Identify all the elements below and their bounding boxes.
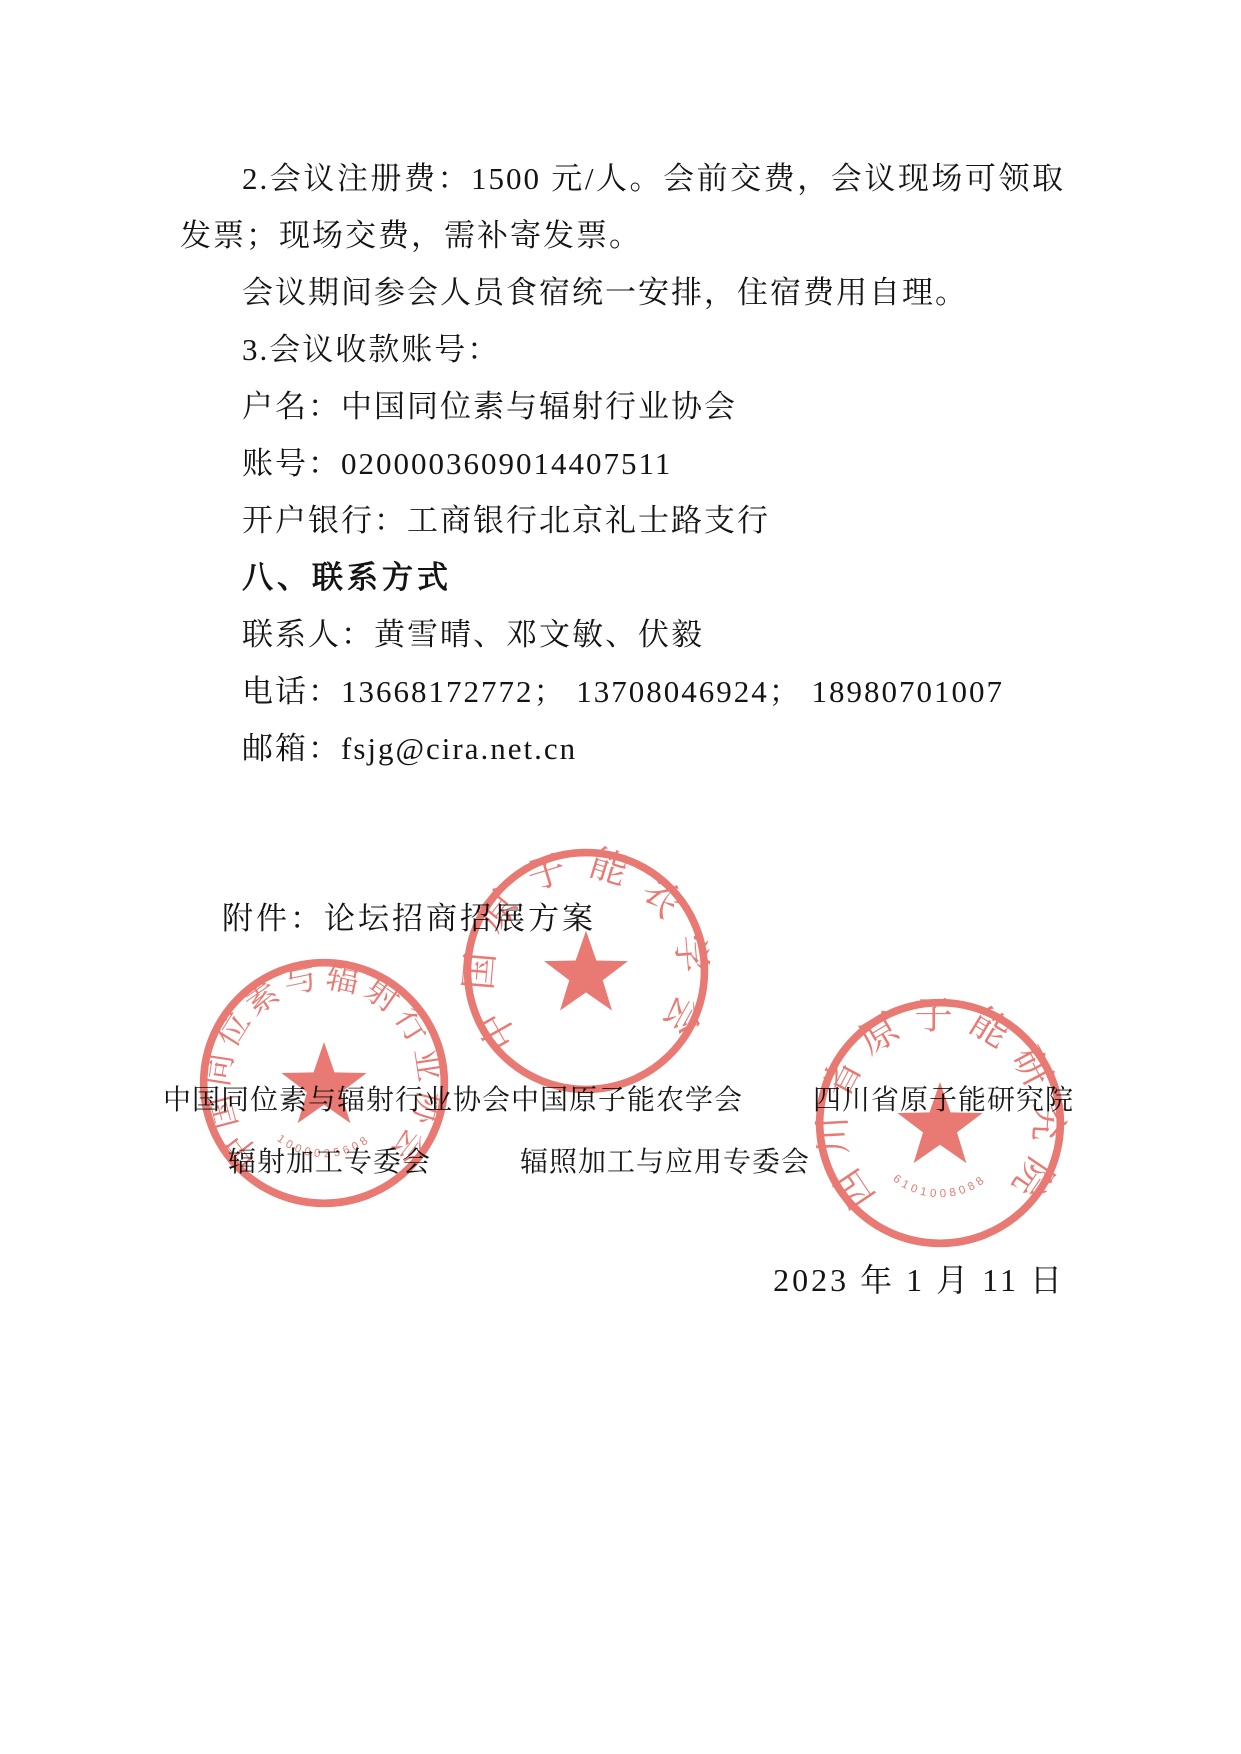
signatory-2-subname: 辐照加工与应用专委会 [520, 1140, 810, 1180]
star-icon [897, 1082, 982, 1163]
star-icon [281, 1042, 366, 1123]
document-body: 2.会议注册费：1500 元/人。会前交费，会议现场可领取 发票；现场交费，需补… [180, 150, 1065, 777]
account-holder-line: 户名：中国同位素与辐射行业协会 [180, 378, 1065, 435]
account-section-heading: 3.会议收款账号： [180, 321, 1065, 378]
official-seal-cira: 中国同位素与辐射行业协会 1000025608 [196, 955, 452, 1211]
seal-serial-digits: 1000025608 [275, 1133, 374, 1160]
lodging-line: 会议期间参会人员食宿统一安排，住宿费用自理。 [180, 264, 1065, 321]
star-icon [544, 931, 628, 1011]
document-page: 2.会议注册费：1500 元/人。会前交费，会议现场可领取 发票；现场交费，需补… [0, 0, 1241, 1754]
fee-paragraph-line1: 2.会议注册费：1500 元/人。会前交费，会议现场可领取 [180, 150, 1065, 207]
email-line: 邮箱：fsjg@cira.net.cn [180, 720, 1065, 777]
contact-persons-line: 联系人：黄雪晴、邓文敏、伏毅 [180, 606, 1065, 663]
official-seal-atomic-agri: 中国原子能农学会 [460, 845, 712, 1097]
document-date: 2023 年 1 月 11 日 [700, 1255, 1065, 1301]
account-number-line: 账号：0200003609014407511 [180, 435, 1065, 492]
seal-serial-digits: 6101008088 [891, 1173, 990, 1200]
phones-line: 电话：13668172772； 13708046924； 18980701007 [180, 663, 1065, 720]
fee-paragraph-line2: 发票；现场交费，需补寄发票。 [180, 207, 1065, 264]
official-seal-sichuan: 四川省原子能研究院 6101008088 [812, 995, 1068, 1251]
bank-line: 开户银行：工商银行北京礼士路支行 [180, 492, 1065, 549]
contact-section-heading: 八、联系方式 [180, 549, 1065, 606]
